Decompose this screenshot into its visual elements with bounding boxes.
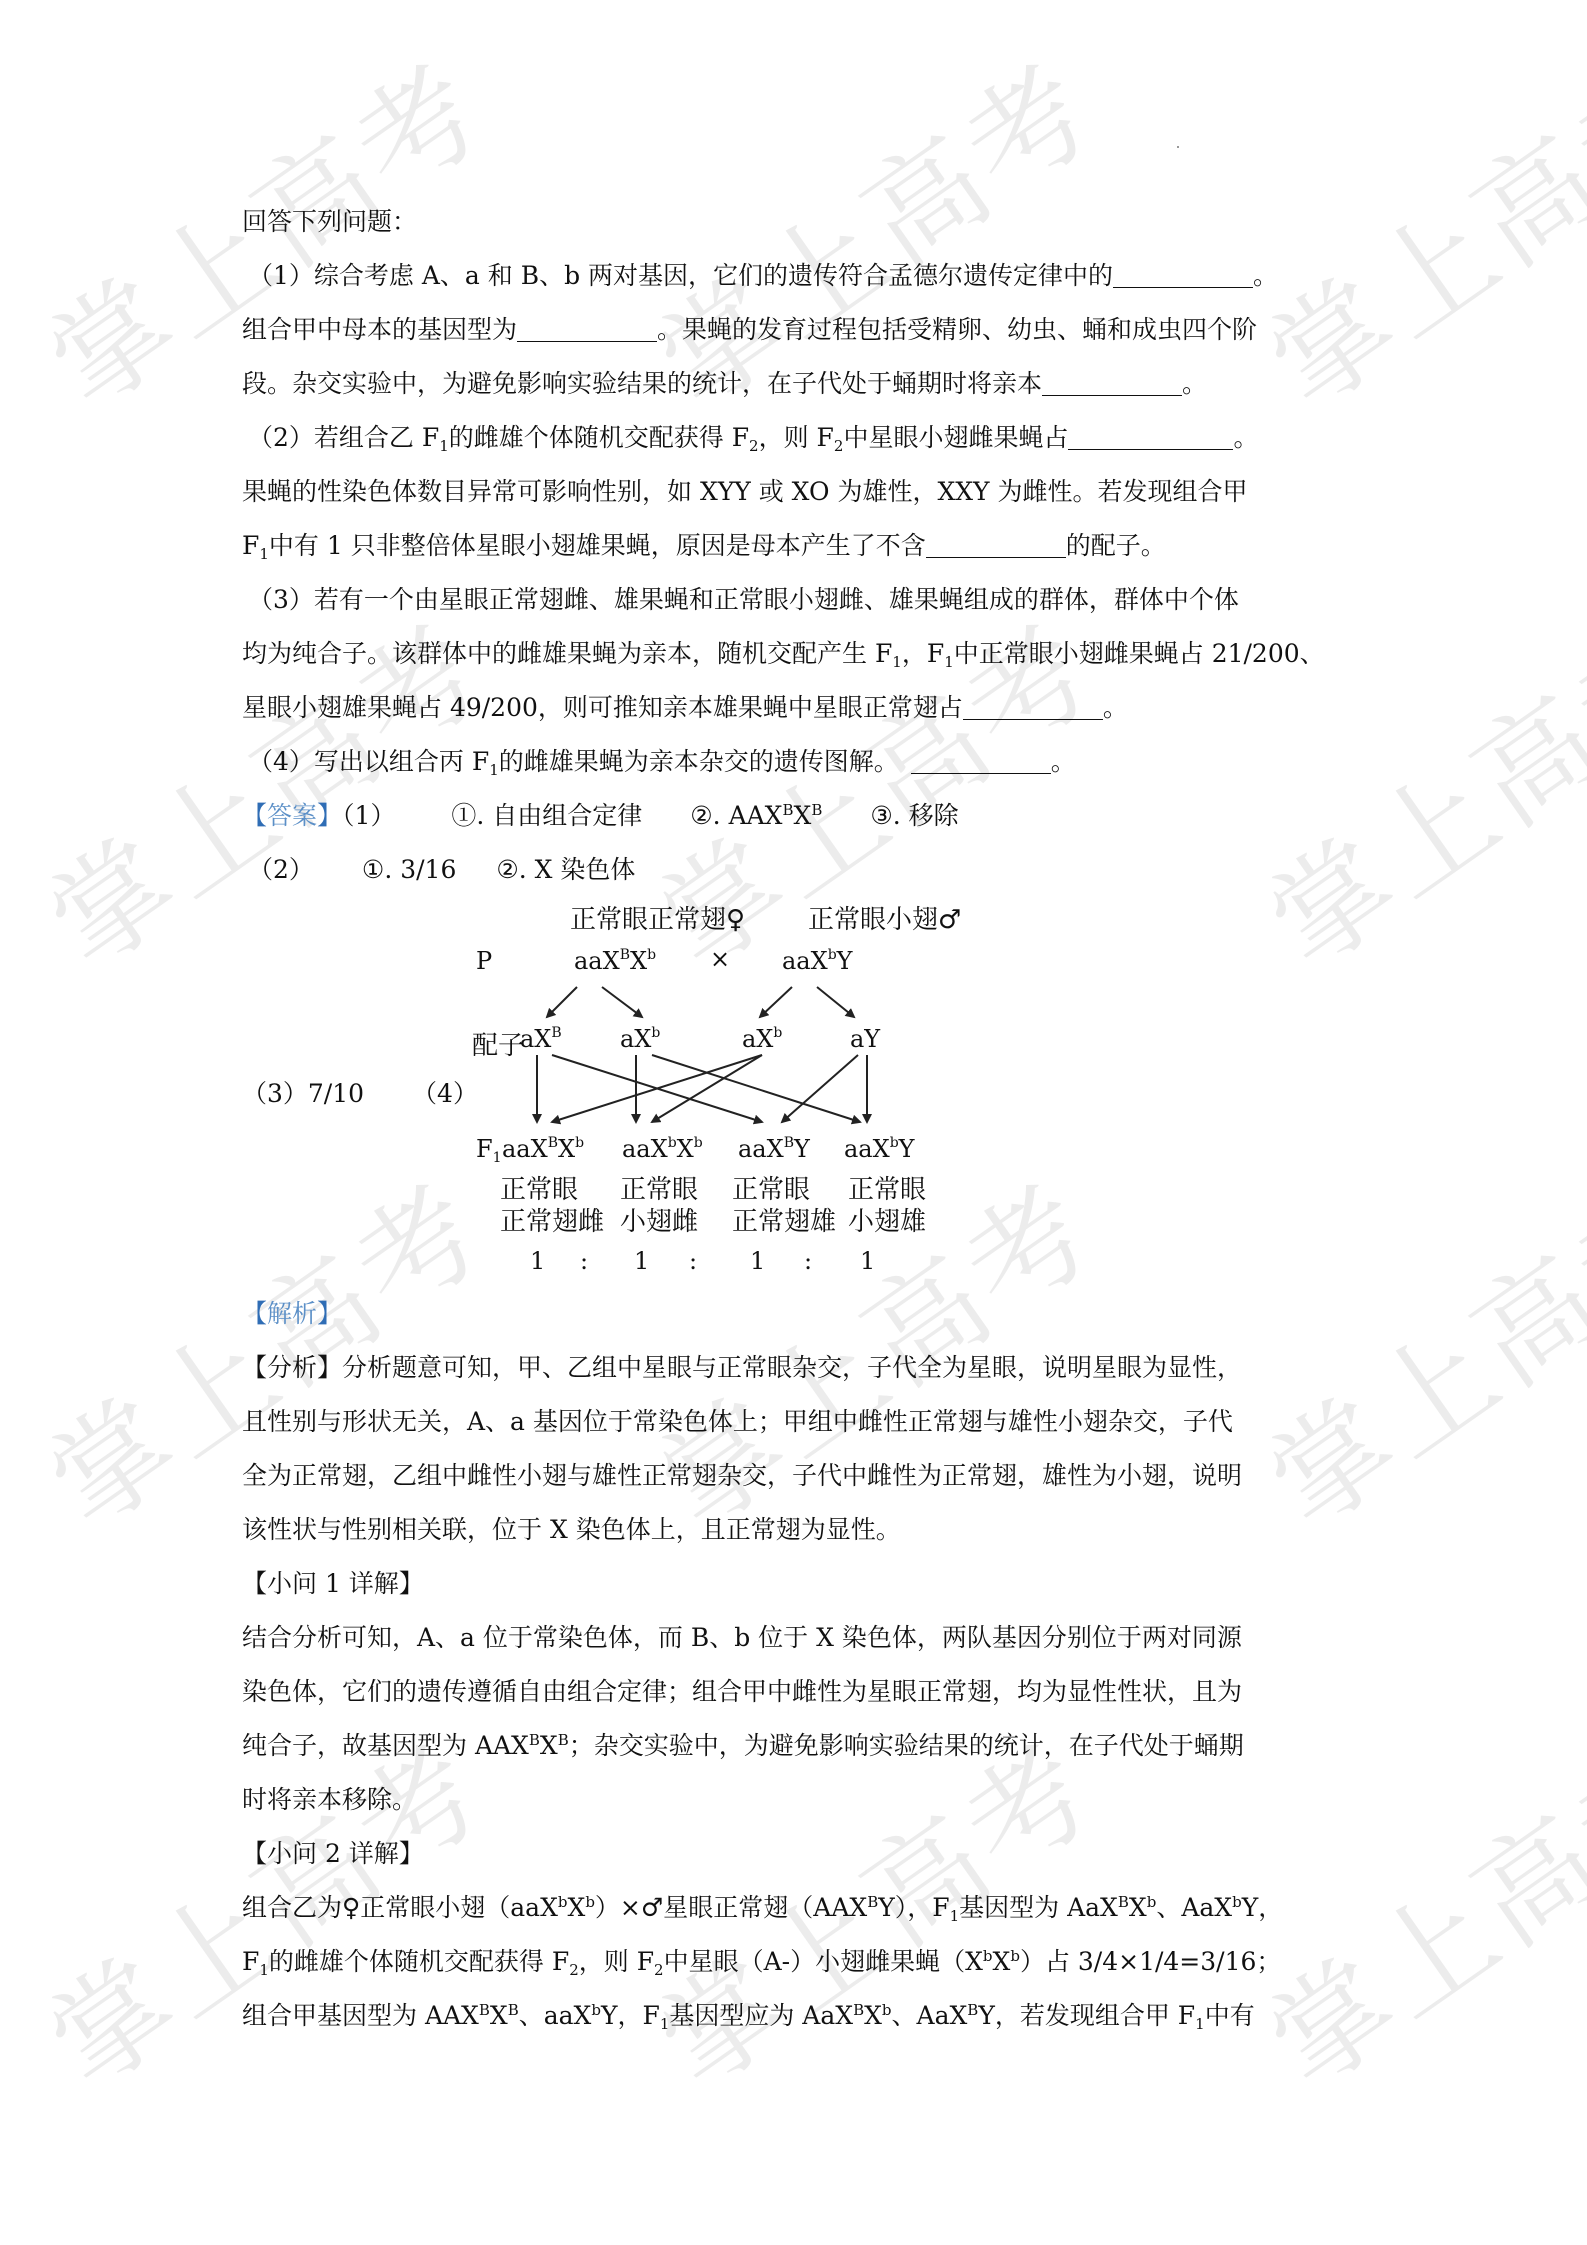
answer-line1: 【答案】（1） ①. 自由组合定律 ②. AAXBXB ③. 移除 [242,789,1362,843]
genetic-cross-diagram: 正常眼正常翅♀ 正常眼小翅♂ P aaXBXb × aaXbY 配子 aXB a… [482,897,1042,1287]
offspring-3-genotype: aaXBY [738,1135,810,1163]
offspring-1-pheno2: 正常翅雌 [500,1201,604,1238]
fenxi-line3: 全为正常翅，乙组中雌性小翅与雄性正常翅杂交，子代中雌性为正常翅，雄性为小翅，说明 [242,1449,1362,1503]
ratio-sep: : [804,1247,812,1275]
answer-blank [1042,365,1182,396]
f1-label: F1 [476,1135,502,1163]
offspring-4-genotype: aaXbY [844,1135,915,1163]
fenxi-line1: 【分析】分析题意可知，甲、乙组中星眼与正常眼杂交，子代全为星眼，说明星眼为显性， [242,1341,1362,1395]
intro-line: 回答下列问题： [242,195,1362,249]
gamete-3: aXb [742,1025,782,1053]
fenxi-line2: 且性别与形状无关，A、a 基因位于常染色体上；甲组中雌性正常翅与雄性小翅杂交，子… [242,1395,1362,1449]
q2-line1: （2）若组合乙 F1的雌雄个体随机交配获得 F2，则 F2中星眼小翅雌果蝇占。 [242,411,1362,465]
q2-line2: 果蝇的性染色体数目异常可影响性别，如 XYY 或 XO 为雄性，XXY 为雌性。… [242,465,1362,519]
offspring-4-pheno2: 小翅雄 [848,1201,926,1238]
gamete-1: aXB [520,1025,562,1053]
ratio-2: 1 [634,1247,649,1275]
sub2-line1: 组合乙为♀正常眼小翅（aaXbXb）×♂星眼正常翅（AAXBY），F1基因型为 … [242,1881,1362,1935]
answer-q3-q4: （3）7/10（4） [242,1074,478,1110]
gamete-4: aY [850,1025,880,1053]
offspring-2-pheno2: 小翅雌 [620,1201,698,1238]
sub1-title: 【小问 1 详解】 [242,1557,1362,1611]
p-label: P [476,947,492,975]
answer-blank [517,311,657,342]
male-parent-phenotype: 正常眼小翅♂ [808,899,961,936]
ratio-4: 1 [860,1247,875,1275]
offspring-2-genotype: aaXbXb [622,1135,703,1163]
q2-line3: F1中有 1 只非整倍体星眼小翅雄果蝇，原因是母本产生了不含的配子。 [242,519,1362,573]
analysis-tag: 解析 [267,1299,317,1328]
ratio-1: 1 [530,1247,545,1275]
female-parent-genotype: aaXBXb [574,947,656,975]
answer-blank [963,689,1103,720]
q1-line3: 段。杂交实验中，为避免影响实验结果的统计，在子代处于蛹期时将亲本。 [242,357,1362,411]
analysis-heading: 【解析】 [242,1287,1362,1341]
gamete-2: aXb [620,1025,660,1053]
stray-dot [1177,146,1179,148]
female-parent-phenotype: 正常眼正常翅♀ [570,899,745,936]
document-page: 回答下列问题： （1）综合考虑 A、a 和 B、b 两对基因，它们的遗传符合孟德… [242,195,1362,2043]
sub1-line3: 纯合子，故基因型为 AAXBXB；杂交实验中，为避免影响实验结果的统计，在子代处… [242,1719,1362,1773]
answer-blank [911,743,1051,774]
q3-line2: 均为纯合子。该群体中的雌雄果蝇为亲本，随机交配产生 F1，F1中正常眼小翅雌果蝇… [242,627,1362,681]
answer-diagram-block: （3）7/10（4） [242,897,1362,1287]
male-parent-genotype: aaXbY [782,947,853,975]
q4-line1: （4）写出以组合丙 F1的雌雄果蝇为亲本杂交的遗传图解。。 [242,735,1362,789]
fenxi-line4: 该性状与性别相关联，位于 X 染色体上，且正常翅为显性。 [242,1503,1362,1557]
q1-line2: 组合甲中母本的基因型为。果蝇的发育过程包括受精卵、幼虫、蛹和成虫四个阶 [242,303,1362,357]
sub2-line3: 组合甲基因型为 AAXBXB、aaXbY，F1基因型应为 AaXBXb、AaXB… [242,1989,1362,2043]
sub1-line4: 时将亲本移除。 [242,1773,1362,1827]
offspring-1-genotype: aaXBXb [502,1135,584,1163]
answer-tag: 答案 [267,801,317,830]
answer-blank [1068,419,1233,450]
q3-line3: 星眼小翅雄果蝇占 49/200，则可推知亲本雄果蝇中星眼正常翅占。 [242,681,1362,735]
answer-blank [1113,257,1253,288]
q1-line1: （1）综合考虑 A、a 和 B、b 两对基因，它们的遗传符合孟德尔遗传定律中的。 [242,249,1362,303]
sub2-title: 【小问 2 详解】 [242,1827,1362,1881]
q3-line1: （3）若有一个由星眼正常翅雌、雄果蝇和正常眼小翅雌、雄果蝇组成的群体，群体中个体 [242,573,1362,627]
answer-blank [926,527,1066,558]
sub1-line2: 染色体，它们的遗传遵循自由组合定律；组合甲中雌性为星眼正常翅，均为显性性状，且为 [242,1665,1362,1719]
offspring-3-pheno2: 正常翅雄 [732,1201,836,1238]
cross-symbol: × [710,945,730,973]
ratio-sep: : [689,1247,697,1275]
answer-line2: （2）①. 3/16②. X 染色体 [242,843,1362,897]
sub2-line2: F1的雌雄个体随机交配获得 F2，则 F2中星眼（A-）小翅雌果蝇（XbXb）占… [242,1935,1362,1989]
gamete-label: 配子 [472,1025,524,1062]
sub1-line1: 结合分析可知，A、a 位于常染色体，而 B、b 位于 X 染色体，两队基因分别位… [242,1611,1362,1665]
ratio-3: 1 [750,1247,765,1275]
ratio-sep: : [580,1247,588,1275]
